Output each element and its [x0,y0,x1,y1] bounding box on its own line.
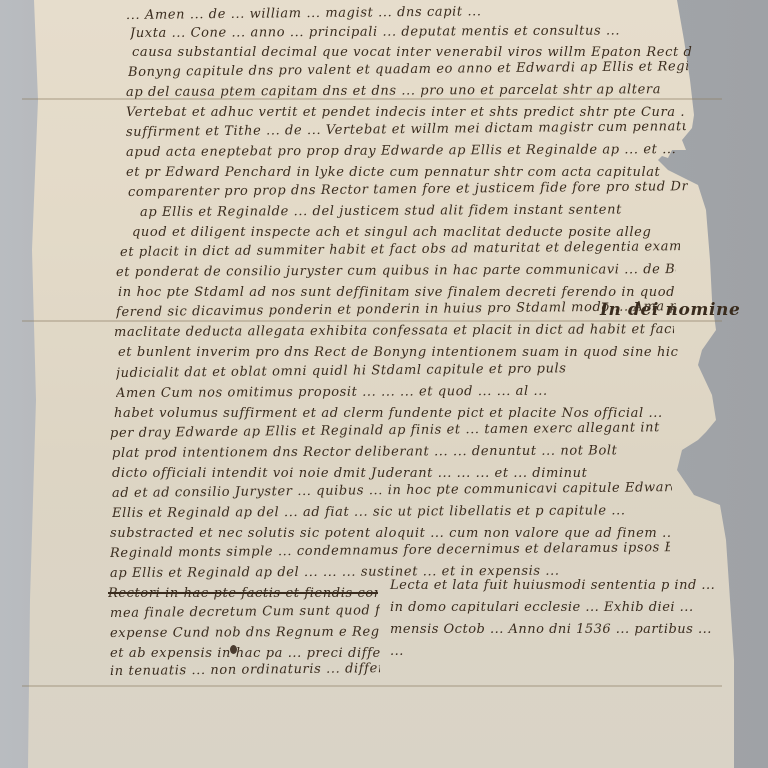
manuscript-line: et pr Edward Penchard in lyke dicte cum … [126,165,660,180]
manuscript-line: Vertebat et adhuc vertit et pendet indec… [126,105,686,120]
notary-line-3: mensis Octob ... Anno dni 1536 ... parti… [390,622,712,637]
manuscript-line: causa substantial decimal que vocat inte… [132,45,692,60]
manuscript-line: apud acta eneptebat pro prop dray Edward… [126,142,676,160]
notary-line-4: ... [390,644,404,659]
manuscript-line: expense Cund nob dns Regnum e Regnum ... [110,625,380,641]
manuscript-line: quod et diligent inspecte ach et singul … [132,225,651,240]
manuscript-line: et ponderat de consilio juryster cum qui… [116,262,676,280]
manuscript-line: suffirment et Tithe ... de ... Vertebat … [126,119,686,140]
notary-line-1: Lecta et lata fuit huiusmodi sententia p… [390,578,715,593]
ink-blot [230,645,237,654]
manuscript-line: ... Amen ... de ... william ... magist .… [126,4,482,23]
manuscript-line: plat prod intentionem dns Rector deliber… [112,443,618,461]
manuscript-line: Amen Cum nos omitimus proposit ... ... .… [116,384,548,401]
manuscript-line: Rectori in hac pte factis et fiendis con… [108,586,378,601]
manuscript-line: ap Ellis et Reginalde ... del justicem s… [140,202,622,220]
manuscript-line: mea finale decretum Cum sunt quod ferimu… [110,603,380,621]
manuscript-line: ad et ad consilio Juryster ... quibus ..… [112,480,672,501]
manuscript-line: maclitate deducta allegata exhibita conf… [114,322,674,340]
notary-line-2: in domo capitulari ecclesie ... Exhib di… [390,600,694,615]
manuscript-line: ferend sic dicavimus ponderin et ponderi… [116,299,676,320]
manuscript-line: et bunlent inverim pro dns Rect de Bonyn… [118,345,678,360]
manuscript-line: comparenter pro prop dns Rector tamen fo… [128,179,688,200]
manuscript-line: Bonyng capitule dns pro valent et quadam… [128,59,688,80]
manuscript-line: judicialit dat et oblat omni quidl hi St… [116,361,567,381]
manuscript-line: in hoc pte Stdaml ad nos sunt deffinitam… [118,285,678,300]
manuscript-line: habet volumus suffirment et ad clerm fun… [114,406,663,421]
manuscript-line: ap del causa ptem capitam dns et dns ...… [126,82,661,100]
in-dei-nomine-heading: In dei nomine [600,300,740,320]
manuscript-line: dicto officiali intendit voi noie dmit J… [112,466,587,481]
manuscript-line: in tenuatis ... non ordinaturis ... diff… [110,661,380,679]
manuscript-line: substracted et nec solutis sic potent al… [110,526,670,541]
manuscript-line: per dray Edwarde ap Ellis et Reginald ap… [110,420,660,441]
manuscript-line: Juxta ... Cone ... anno ... principali .… [130,23,620,41]
manuscript-text: ... Amen ... de ... william ... magist .… [0,0,768,768]
manuscript-line: Ellis et Reginald ap del ... ad fiat ...… [112,503,626,521]
manuscript-line: Reginald monts simple ... condemnamus fo… [110,540,670,561]
manuscript-line: et placit in dict ad summiter habit et f… [120,239,680,260]
manuscript-line: et ab expensis in hac pa ... preci diffe… [110,646,380,661]
